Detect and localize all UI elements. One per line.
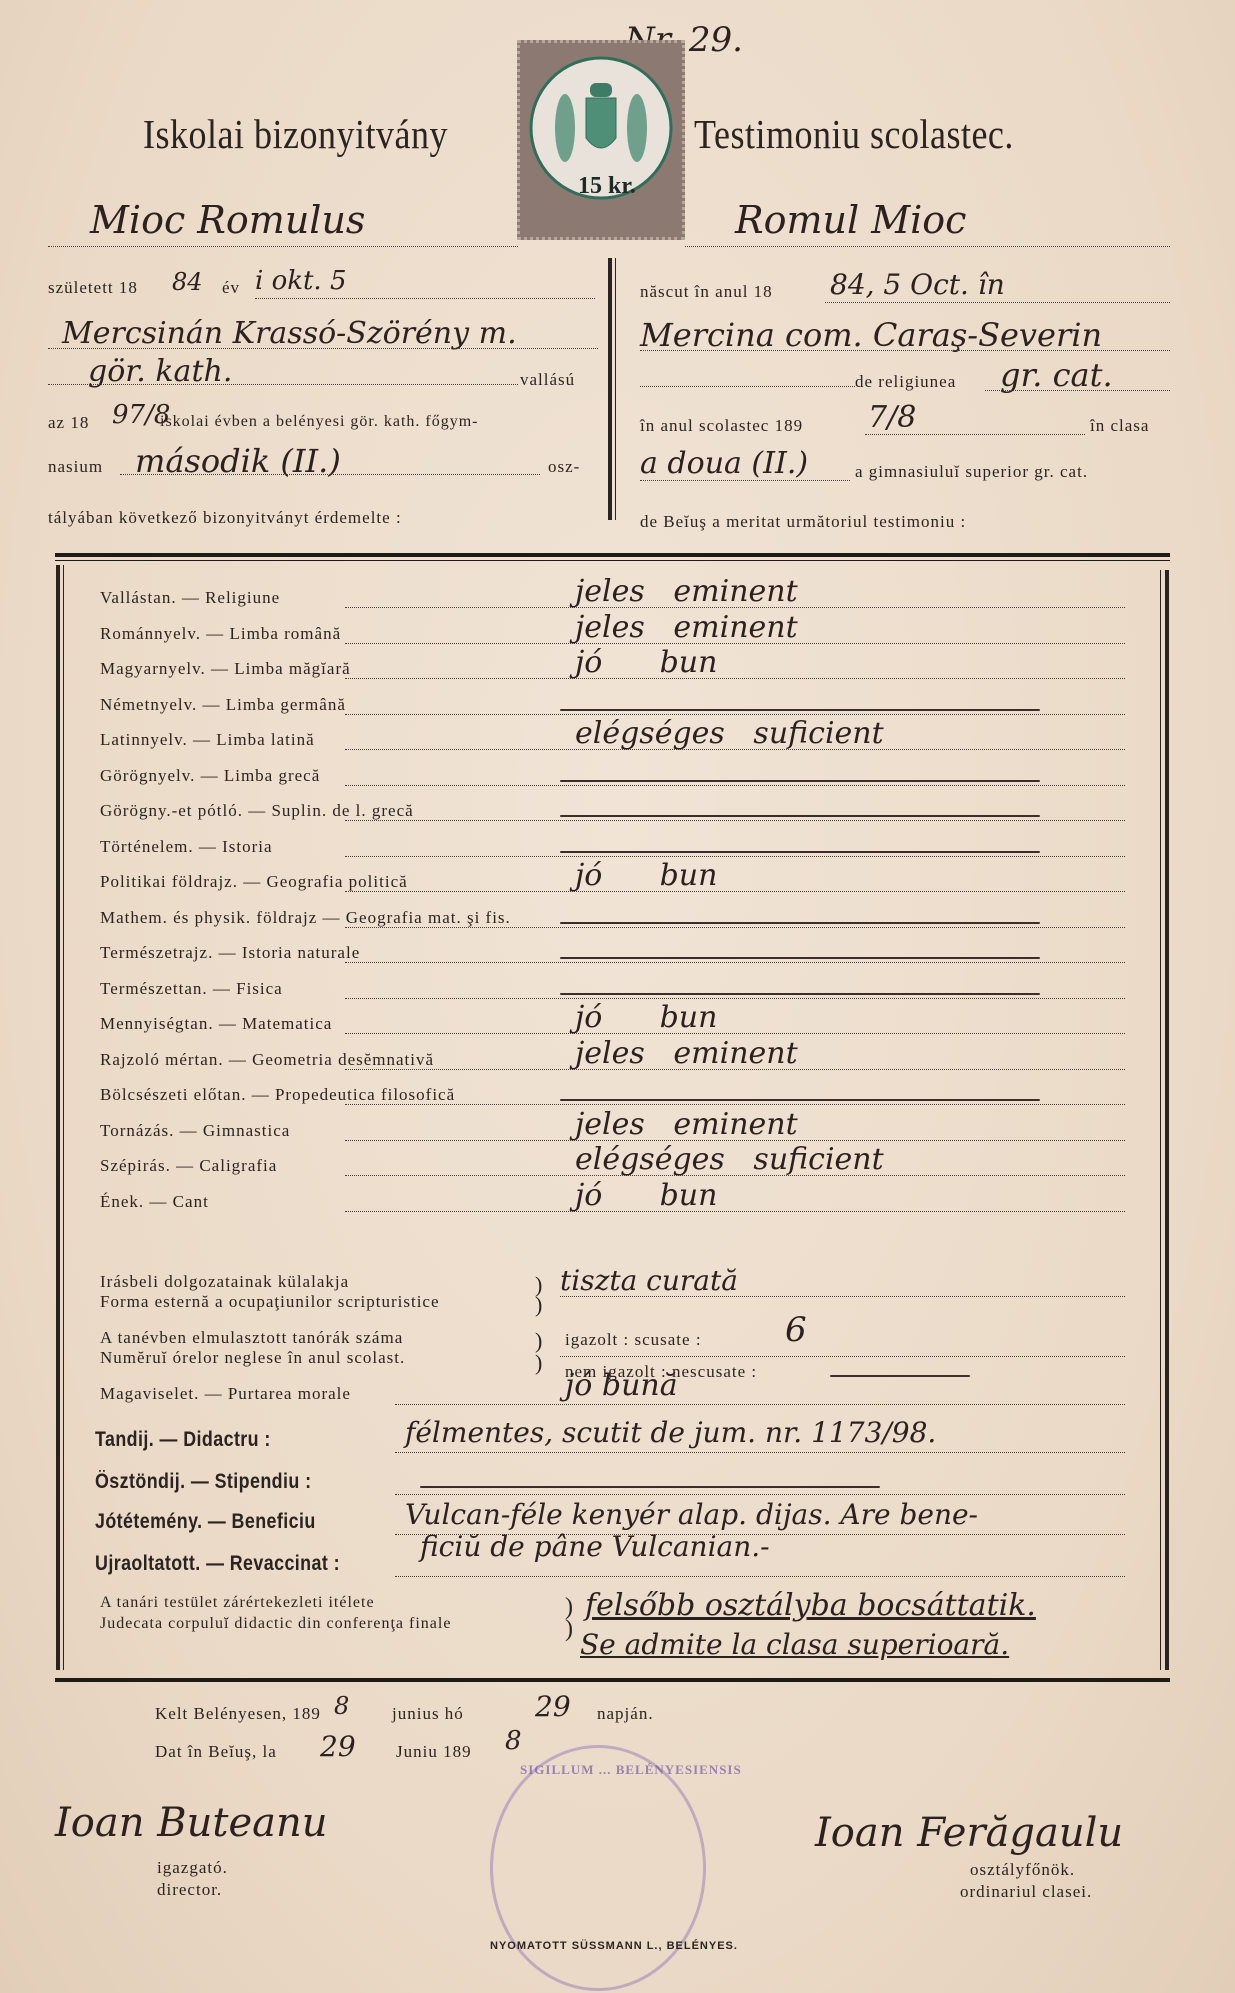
subject-label: Természetrajz. — Istoria naturale — [100, 943, 360, 963]
year-suffix-hu: iskolai évben a belényesi gör. kath. főg… — [160, 413, 478, 431]
written-form-label-ro: Forma esternă a ocupaţiunilor scripturis… — [100, 1292, 440, 1312]
subject-label: Tornázás. — Gimnastica — [100, 1121, 290, 1141]
birthplace-ro: Mercina com. Caraş-Severin — [640, 316, 1102, 354]
fee-label: Ösztöndij. — Stipendiu : — [95, 1470, 311, 1494]
excused-label: igazolt : scusate : — [565, 1330, 702, 1350]
brace: ) — [565, 1616, 574, 1643]
dotline — [48, 348, 598, 349]
subject-grade: jeles eminent — [575, 1036, 798, 1071]
dotline — [395, 1404, 1125, 1405]
subject-no-grade-dash — [560, 1099, 1040, 1101]
fee-dotline — [395, 1452, 1125, 1453]
subject-label: Latinnyelv. — Limba latină — [100, 730, 315, 750]
subject-label: Mennyiségtan. — Matematica — [100, 1014, 332, 1034]
subject-label: Történelem. — Istoria — [100, 837, 273, 857]
dotline — [255, 298, 595, 299]
subject-no-grade-dash — [560, 815, 1040, 817]
fee-label: Jótétemény. — Beneficiu — [95, 1510, 316, 1534]
subject-grade: elégséges suficient — [575, 716, 884, 751]
dotline — [985, 390, 1170, 391]
brace: ) — [535, 1350, 543, 1376]
box-top-rule-thin — [55, 560, 1170, 561]
subject-label: Ének. — Cant — [100, 1192, 209, 1212]
year-prefix-ro: în anul scolastec 189 — [640, 416, 803, 436]
subject-grade: elégséges suficient — [575, 1142, 884, 1177]
subject-label: Rajzoló mértan. — Geometria desĕmnativă — [100, 1050, 434, 1070]
box-top-rule — [55, 553, 1170, 557]
class-suffix-hu: osz- — [548, 457, 580, 477]
director-signature: Ioan Buteanu — [55, 1800, 327, 1846]
subject-label: Románnyelv. — Limba română — [100, 624, 341, 644]
year-prefix-hu: az 18 — [48, 413, 89, 433]
brace: ) — [535, 1292, 543, 1318]
fee-dotline — [395, 1494, 1125, 1495]
born-prefix-hu: született 18 — [48, 278, 138, 298]
class-prefix-ro: în clasa — [1090, 416, 1149, 436]
dotline — [640, 350, 1170, 351]
subject-no-grade-dash — [560, 780, 1040, 782]
dotline — [640, 386, 855, 387]
subject-dotline — [345, 856, 1125, 857]
subject-dotline — [345, 962, 1125, 963]
subject-grade: jó bun — [575, 858, 717, 893]
subject-label: Vallástan. — Religiune — [100, 588, 280, 608]
class-prefix-hu: nasium — [48, 457, 103, 477]
subject-label: Németnyelv. — Limba germână — [100, 695, 346, 715]
subject-label: Természettan. — Fisica — [100, 979, 283, 999]
born-year-hu: 84 — [172, 268, 203, 296]
school-year-ro: 7/8 — [868, 400, 916, 435]
subject-label: Magyarnyelv. — Limba măgĭară — [100, 659, 351, 679]
box-right-rule — [1165, 570, 1169, 1670]
stipend-dash — [420, 1486, 880, 1488]
box-right-rule-thin — [1160, 570, 1161, 1670]
fee-dotline — [395, 1576, 1125, 1577]
dotline — [560, 1356, 1125, 1357]
class-ro: a doua (II.) — [640, 446, 808, 481]
subject-label: Mathem. és physik. földrajz — Geografia … — [100, 908, 511, 928]
title-romanian: Testimoniu scolastec. — [694, 110, 1014, 158]
religion-suffix-hu: vallású — [520, 370, 575, 390]
seal-text: SIGILLUM ... BELÉNYESIENSIS — [520, 1762, 742, 1778]
revenue-stamp: 15 kr. — [517, 40, 685, 240]
dated-hu-year: 8 — [334, 1692, 349, 1720]
born-value-ro: 84, 5 Oct. în — [830, 268, 1005, 301]
subject-dotline — [345, 785, 1125, 786]
box-left-rule-thin — [63, 565, 64, 1670]
subject-grade: jeles eminent — [575, 1107, 798, 1142]
dated-hu-prefix: Kelt Belényesen, 189 — [155, 1704, 321, 1724]
subject-no-grade-dash — [560, 851, 1040, 853]
subject-no-grade-dash — [560, 922, 1040, 924]
subject-dotline — [345, 1104, 1125, 1105]
column-divider — [608, 258, 612, 520]
subject-label: Szépirás. — Caligrafia — [100, 1156, 277, 1176]
name-line-right — [685, 246, 1170, 247]
subject-grade: jeles eminent — [575, 574, 798, 609]
subject-dotline — [345, 927, 1125, 928]
dated-hu-month: junius hó — [392, 1704, 464, 1724]
subject-no-grade-dash — [560, 957, 1040, 959]
dated-ro-year: 8 — [505, 1726, 522, 1756]
teacher-signature: Ioan Ferăgaulu — [815, 1810, 1123, 1856]
printer-imprint: NYOMATOTT SÜSSMANN L., BELÉNYES. — [490, 1940, 738, 1952]
dated-ro-day: 29 — [320, 1730, 356, 1763]
subject-label: Bölcsészeti előtan. — Propedeutica filos… — [100, 1085, 455, 1105]
column-divider-thin — [615, 258, 616, 520]
box-left-rule — [56, 565, 60, 1670]
closing-hu: tályában következő bizonyitványt érdemel… — [48, 508, 402, 528]
written-form-value: tiszta curată — [560, 1264, 738, 1297]
subject-dotline — [345, 998, 1125, 999]
verdict-label-ro: Judecata corpuluĭ didactic din conferenţ… — [100, 1615, 451, 1633]
subject-grade: jó bun — [575, 645, 717, 680]
religion-prefix-ro: de religiunea — [855, 372, 956, 392]
verdict-label-hu: A tanári testület zárértekezleti itélete — [100, 1594, 375, 1612]
fee-value: Vulcan-féle kenyér alap. dijas. Are bene… — [405, 1498, 978, 1531]
subject-no-grade-dash — [560, 993, 1040, 995]
dotline — [560, 1296, 1125, 1297]
subject-dotline — [345, 891, 1125, 892]
dated-ro-prefix: Dat în Beĭuş, la — [155, 1742, 277, 1762]
svg-text:15 kr.: 15 kr. — [578, 173, 636, 199]
dotline — [865, 434, 1085, 435]
name-line-left — [48, 246, 518, 247]
fee-label: Ujraoltatott. — Revaccinat : — [95, 1552, 340, 1576]
dated-hu-suffix: napján. — [597, 1704, 654, 1724]
teacher-title-ro: ordinariul clasei. — [960, 1882, 1092, 1902]
fee-label: Tandij. — Didactru : — [95, 1428, 271, 1452]
conduct-label: Magaviselet. — Purtarea morale — [100, 1384, 351, 1404]
born-date-hu: i okt. 5 — [255, 266, 347, 296]
verdict-value-ro: Se admite la clasa superioară. — [580, 1628, 1009, 1661]
excused-value: 6 — [785, 1310, 807, 1350]
subject-grade: jeles eminent — [575, 610, 798, 645]
unexcused-dash — [830, 1375, 970, 1377]
dated-hu-day: 29 — [535, 1690, 571, 1723]
conduct-value: jó bună — [565, 1368, 678, 1403]
absences-label-ro: Numĕruĭ órelor neglese în anul scolast. — [100, 1348, 405, 1368]
subject-label: Politikai földrajz. — Geografia politică — [100, 872, 408, 892]
subject-dotline — [345, 714, 1125, 715]
verdict-value-hu: felsőbb osztályba bocsáttatik. — [585, 1588, 1036, 1623]
dotline — [825, 302, 1170, 303]
subject-dotline — [345, 1033, 1125, 1034]
class-suffix-ro: a gimnasiuluĭ superior gr. cat. — [855, 462, 1088, 482]
dated-ro-month: Juniu 189 — [396, 1742, 472, 1762]
religion-ro: gr. cat. — [1000, 356, 1113, 394]
absences-label-hu: A tanévben elmulasztott tanórák száma — [100, 1328, 403, 1348]
born-prefix-ro: născut în anul 18 — [640, 282, 773, 302]
student-name-hu: Mioc Romulus — [90, 198, 365, 242]
subject-label: Görögnyelv. — Limba grecă — [100, 766, 320, 786]
fee-value: félmentes, scutit de jum. nr. 1173/98. — [405, 1416, 936, 1449]
subject-grade: jó bun — [575, 1178, 717, 1213]
subject-no-grade-dash — [560, 709, 1040, 711]
box-bottom-rule — [55, 1678, 1170, 1682]
fee-value: ficiŭ de pâne Vulcanian.- — [420, 1530, 770, 1563]
dotline — [120, 474, 540, 475]
title-hungarian: Iskolai bizonyitvány — [143, 110, 448, 158]
director-title-ro: director. — [157, 1880, 222, 1900]
director-title-hu: igazgató. — [157, 1858, 228, 1878]
school-seal-icon — [490, 1745, 706, 1991]
closing-ro: de Beĭuş a meritat următoriul testimoniu… — [640, 512, 966, 532]
student-name-ro: Romul Mioc — [735, 198, 966, 242]
dotline — [640, 480, 850, 481]
written-form-label-hu: Irásbeli dolgozatainak külalakja — [100, 1272, 349, 1292]
coat-of-arms-icon: 15 kr. — [520, 43, 682, 237]
subject-dotline — [345, 820, 1125, 821]
teacher-title-hu: osztályfőnök. — [970, 1860, 1075, 1880]
subject-grade: jó bun — [575, 1000, 717, 1035]
dotline — [48, 384, 518, 385]
subject-dotline — [345, 1211, 1125, 1212]
subject-label: Görögny.-et pótló. — Suplin. de l. grecă — [100, 801, 414, 821]
subject-dotline — [345, 678, 1125, 679]
ev-label: év — [222, 278, 240, 298]
birthplace-hu: Mercsinán Krassó-Szörény m. — [62, 316, 517, 351]
